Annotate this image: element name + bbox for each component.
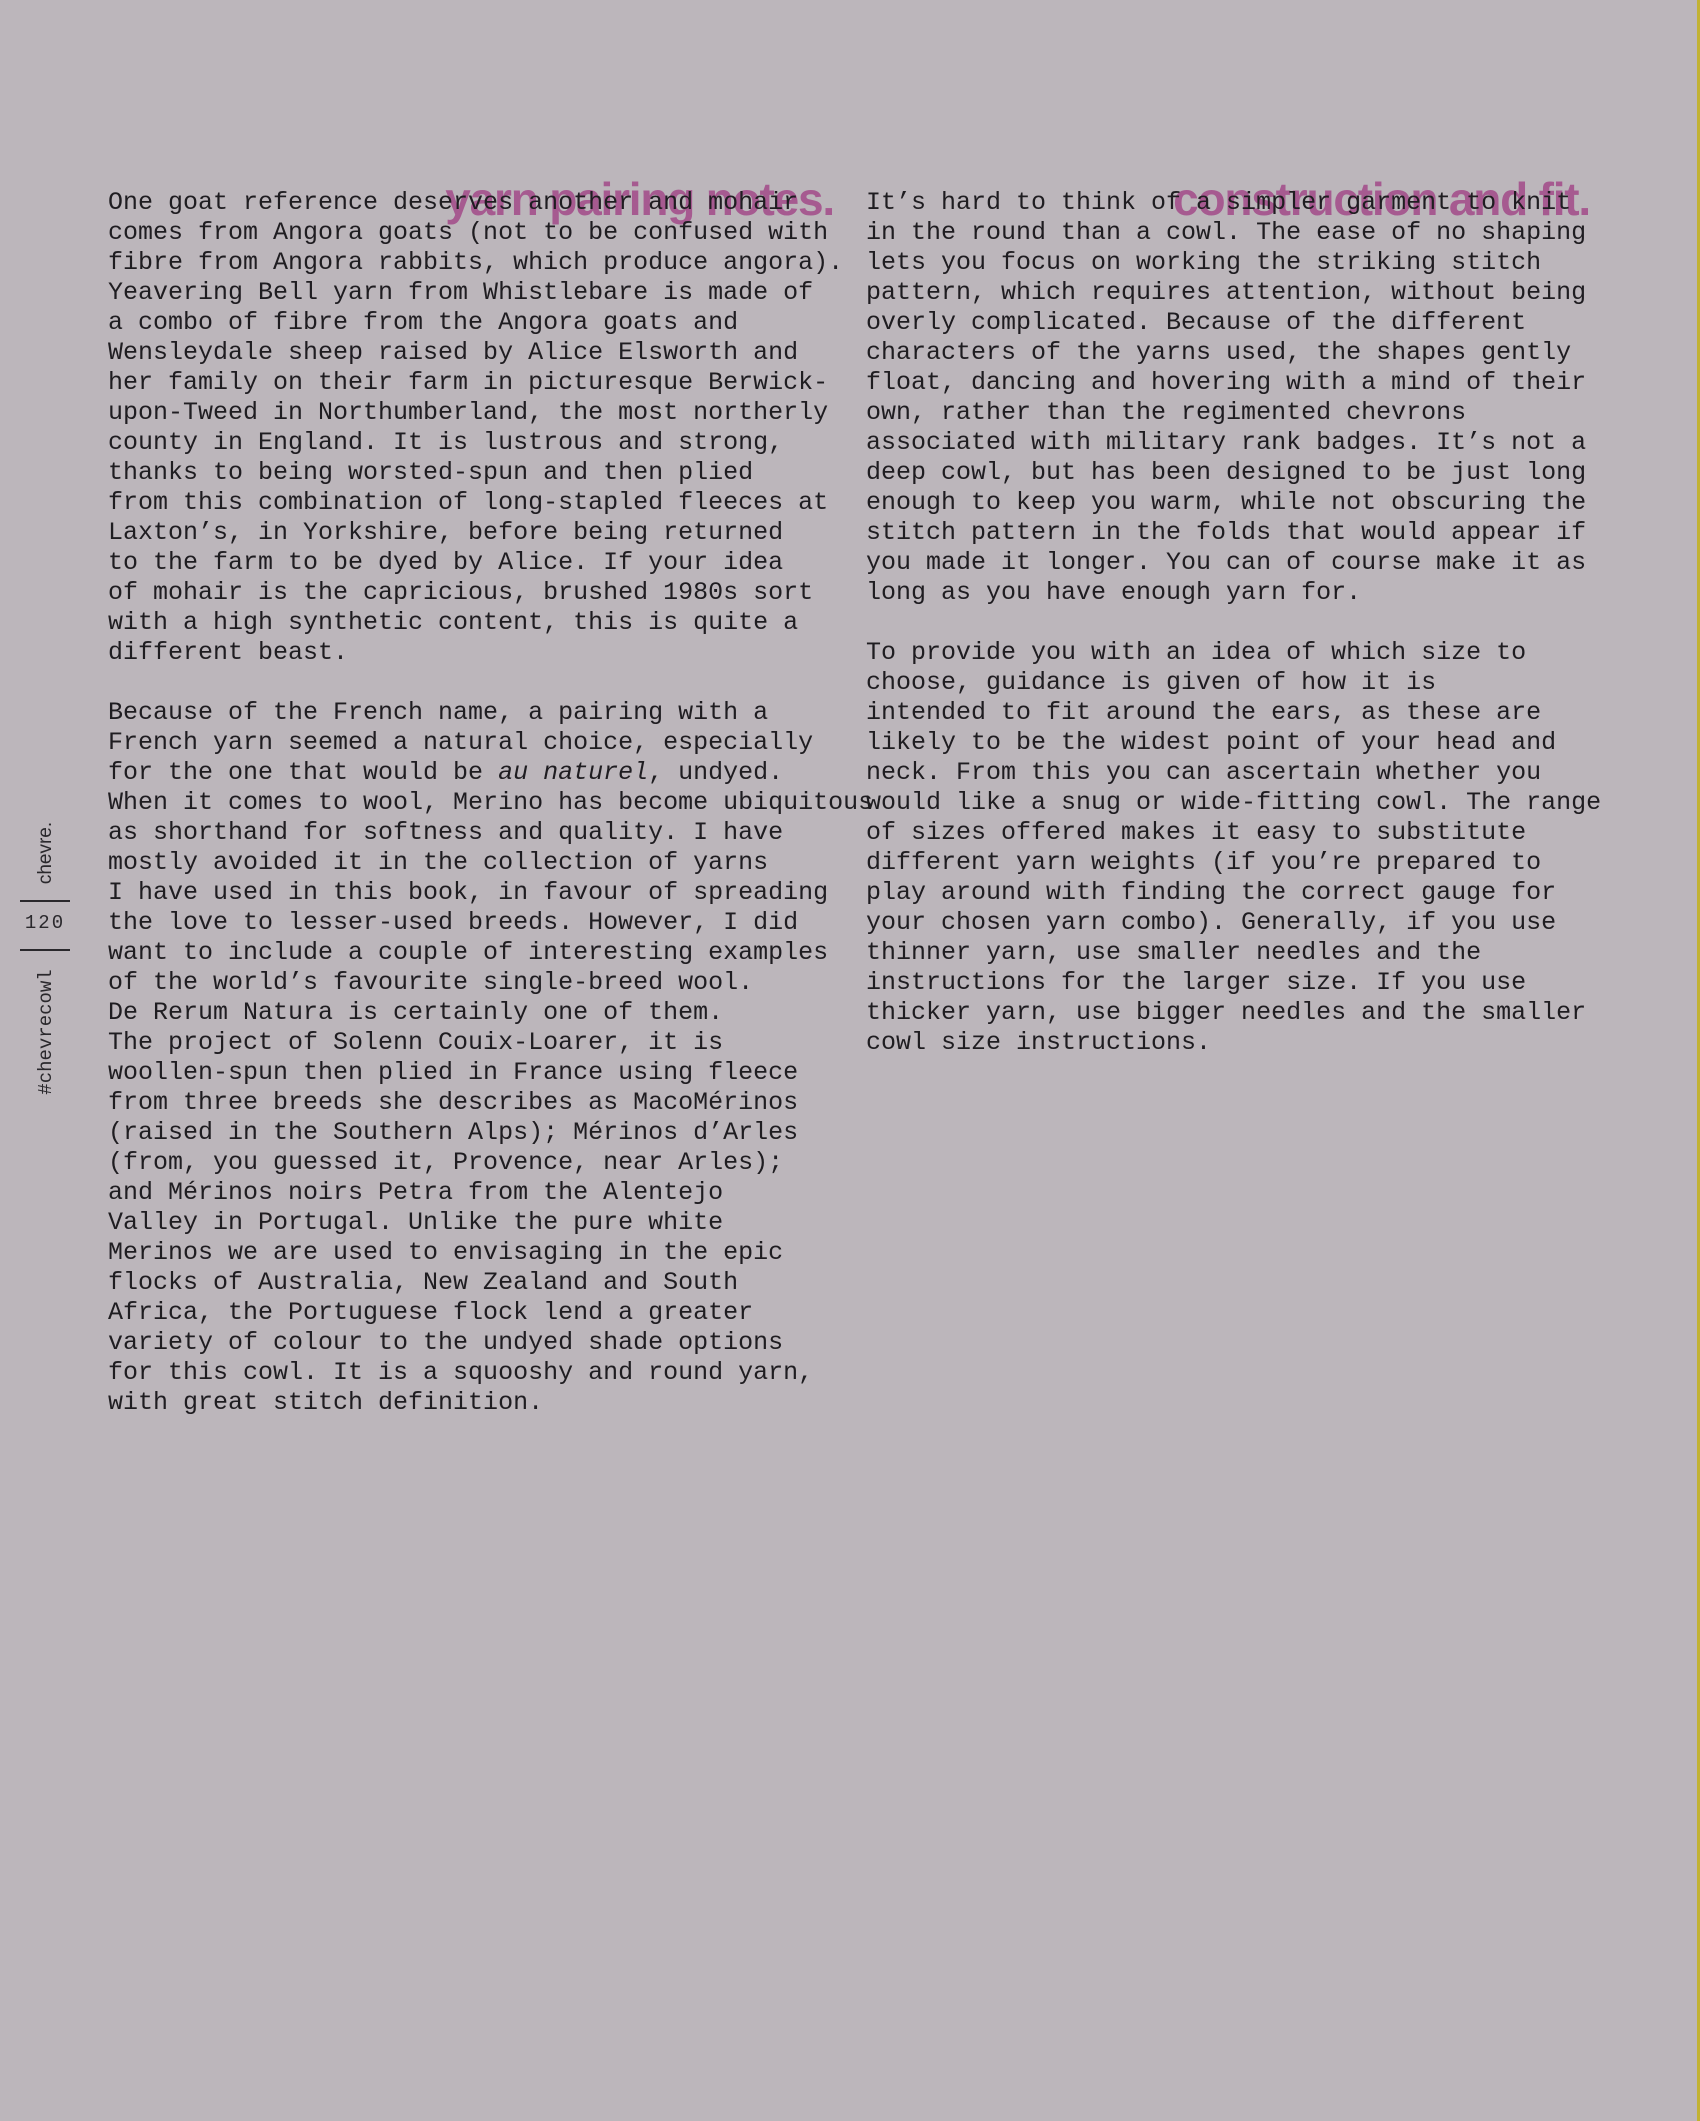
text-line: and Mérinos noirs Petra from the Alentej…: [108, 1178, 848, 1208]
text-line: (from, you guessed it, Provence, near Ar…: [108, 1148, 848, 1178]
sidebar-hashtag: #chevrecowl: [35, 969, 57, 1094]
text-line: want to include a couple of interesting …: [108, 938, 848, 968]
text-line: you made it longer. You can of course ma…: [866, 548, 1606, 578]
text-line: a combo of fibre from the Angora goats a…: [108, 308, 848, 338]
text-line: neck. From this you can ascertain whethe…: [866, 758, 1606, 788]
text-line: for the one that would be au naturel, un…: [108, 758, 848, 788]
text-line: of the world’s favourite single-breed wo…: [108, 968, 848, 998]
text-line: the love to lesser-used breeds. However,…: [108, 908, 848, 938]
text-line: own, rather than the regimented chevrons: [866, 398, 1606, 428]
text-line: choose, guidance is given of how it is: [866, 668, 1606, 698]
sidebar-divider-bottom: [20, 949, 70, 951]
right-column-body: It’s hard to think of a simpler garment …: [866, 188, 1606, 1058]
text-line: To provide you with an idea of which siz…: [866, 638, 1606, 668]
text-line: (raised in the Southern Alps); Mérinos d…: [108, 1118, 848, 1148]
text-line: thanks to being worsted-spun and then pl…: [108, 458, 848, 488]
text-line: float, dancing and hovering with a mind …: [866, 368, 1606, 398]
text-line: upon-Tweed in Northumberland, the most n…: [108, 398, 848, 428]
text-line: pattern, which requires attention, witho…: [866, 278, 1606, 308]
text-line: fibre from Angora rabbits, which produce…: [108, 248, 848, 278]
text-line: French yarn seemed a natural choice, esp…: [108, 728, 848, 758]
page-number: 120: [20, 912, 70, 934]
text-line: play around with finding the correct gau…: [866, 878, 1606, 908]
sidebar-divider-top: [20, 900, 70, 902]
text-line: likely to be the widest point of your he…: [866, 728, 1606, 758]
text-line: Merinos we are used to envisaging in the…: [108, 1238, 848, 1268]
sidebar-pattern-title: chevre.: [35, 822, 57, 884]
text-line: Yeavering Bell yarn from Whistlebare is …: [108, 278, 848, 308]
text-line: intended to fit around the ears, as thes…: [866, 698, 1606, 728]
text-line: thinner yarn, use smaller needles and th…: [866, 938, 1606, 968]
text-line: would like a snug or wide-fitting cowl. …: [866, 788, 1606, 818]
text-line: De Rerum Natura is certainly one of them…: [108, 998, 848, 1028]
running-sidebar: chevre. 120 #chevrecowl: [20, 800, 72, 1120]
paragraph: One goat reference deserves another and …: [108, 188, 848, 668]
paragraph-gap: [108, 668, 848, 698]
text-line: characters of the yarns used, the shapes…: [866, 338, 1606, 368]
paragraph-gap: [866, 608, 1606, 638]
paragraph: To provide you with an idea of which siz…: [866, 638, 1606, 1058]
left-column-body: One goat reference deserves another and …: [108, 188, 848, 1418]
text-line: Valley in Portugal. Unlike the pure whit…: [108, 1208, 848, 1238]
text-line: to the farm to be dyed by Alice. If your…: [108, 548, 848, 578]
text-line: of mohair is the capricious, brushed 198…: [108, 578, 848, 608]
text-line: Wensleydale sheep raised by Alice Elswor…: [108, 338, 848, 368]
text-line: overly complicated. Because of the diffe…: [866, 308, 1606, 338]
text-line: Laxton’s, in Yorkshire, before being ret…: [108, 518, 848, 548]
text-line: I have used in this book, in favour of s…: [108, 878, 848, 908]
text-line: long as you have enough yarn for.: [866, 578, 1606, 608]
text-line: The project of Solenn Couix-Loarer, it i…: [108, 1028, 848, 1058]
text-line: as shorthand for softness and quality. I…: [108, 818, 848, 848]
text-line: from this combination of long-stapled fl…: [108, 488, 848, 518]
text-line: associated with military rank badges. It…: [866, 428, 1606, 458]
paragraph: Because of the French name, a pairing wi…: [108, 698, 848, 1418]
text-line: her family on their farm in picturesque …: [108, 368, 848, 398]
text-line: different beast.: [108, 638, 848, 668]
text-line: in the round than a cowl. The ease of no…: [866, 218, 1606, 248]
paragraph: It’s hard to think of a simpler garment …: [866, 188, 1606, 608]
text-line: of sizes offered makes it easy to substi…: [866, 818, 1606, 848]
text-line: deep cowl, but has been designed to be j…: [866, 458, 1606, 488]
text-line: for this cowl. It is a squooshy and roun…: [108, 1358, 848, 1388]
text-line: cowl size instructions.: [866, 1028, 1606, 1058]
text-line: It’s hard to think of a simpler garment …: [866, 188, 1606, 218]
text-line: mostly avoided it in the collection of y…: [108, 848, 848, 878]
text-line: county in England. It is lustrous and st…: [108, 428, 848, 458]
italic-term: au naturel: [498, 758, 648, 787]
text-line: instructions for the larger size. If you…: [866, 968, 1606, 998]
text-line: woollen-spun then plied in France using …: [108, 1058, 848, 1088]
text-line: When it comes to wool, Merino has become…: [108, 788, 848, 818]
text-line: enough to keep you warm, while not obscu…: [866, 488, 1606, 518]
text-line: variety of colour to the undyed shade op…: [108, 1328, 848, 1358]
text-line: different yarn weights (if you’re prepar…: [866, 848, 1606, 878]
text-line: from three breeds she describes as MacoM…: [108, 1088, 848, 1118]
text-line: flocks of Australia, New Zealand and Sou…: [108, 1268, 848, 1298]
text-line: stitch pattern in the folds that would a…: [866, 518, 1606, 548]
text-line: comes from Angora goats (not to be confu…: [108, 218, 848, 248]
text-line: lets you focus on working the striking s…: [866, 248, 1606, 278]
text-line: with a high synthetic content, this is q…: [108, 608, 848, 638]
text-line: with great stitch definition.: [108, 1388, 848, 1418]
text-line: your chosen yarn combo). Generally, if y…: [866, 908, 1606, 938]
text-line: Because of the French name, a pairing wi…: [108, 698, 848, 728]
text-line: One goat reference deserves another and …: [108, 188, 848, 218]
text-line: thicker yarn, use bigger needles and the…: [866, 998, 1606, 1028]
text-line: Africa, the Portuguese flock lend a grea…: [108, 1298, 848, 1328]
